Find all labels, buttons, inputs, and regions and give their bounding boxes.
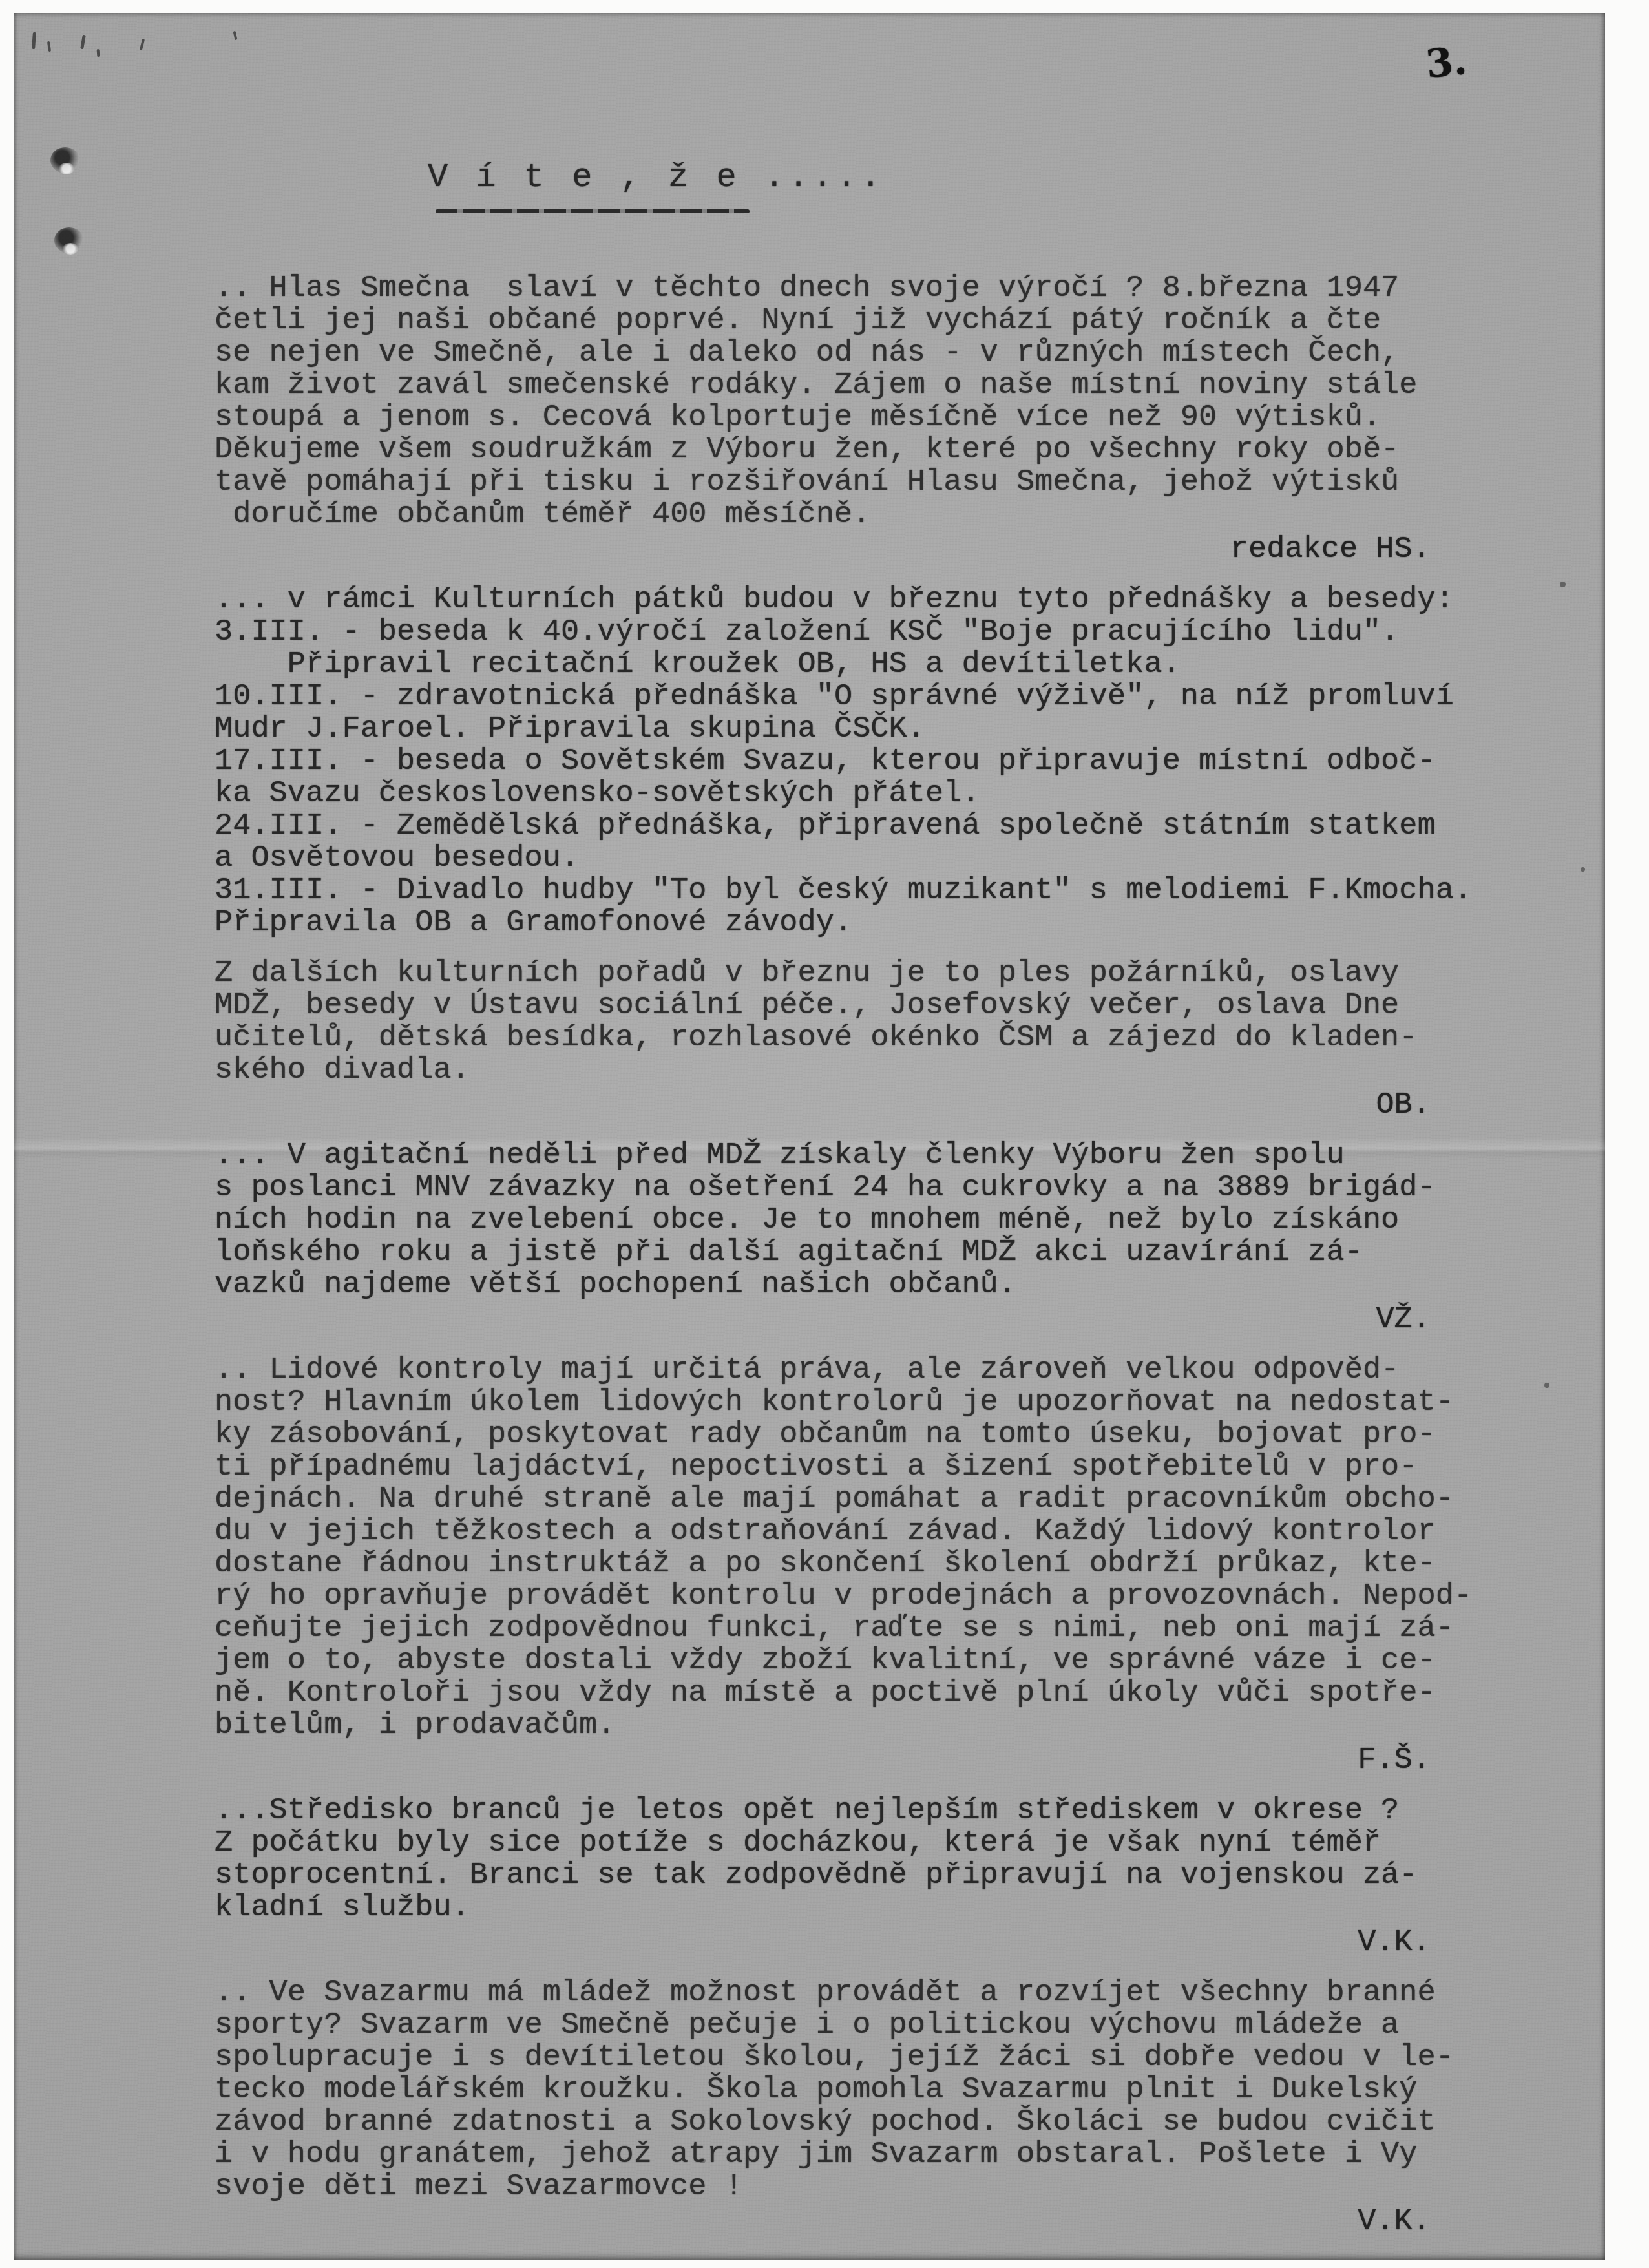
article-body: Z dalších kulturních pořadů v březnu je …: [215, 958, 1528, 1087]
article-signature: VŽ.: [215, 1304, 1528, 1336]
article-body: .. Lidové kontroly mají určitá práva, al…: [215, 1354, 1528, 1742]
article-signature: OB.: [215, 1089, 1528, 1122]
document-content: V í t e , ž e ..... .. Hlas Smečna slaví…: [14, 13, 1605, 2238]
article: .. Ve Svazarmu má mládež možnost provádě…: [215, 1977, 1528, 2238]
article: .. Lidové kontroly mají určitá práva, al…: [215, 1354, 1528, 1777]
paper-sheet: 3. V í t e , ž e ..... .. Hlas Smečna sl…: [14, 13, 1605, 2260]
page-title: V í t e , ž e .....: [428, 158, 1528, 196]
article-signature: F.Š.: [215, 1745, 1528, 1777]
article-body: .. Hlas Smečna slaví v těchto dnech svoj…: [215, 273, 1528, 531]
title-underline: [436, 209, 750, 213]
scanned-document-page: { "page": { "number": "3." }, "title": {…: [0, 0, 1649, 2268]
article-signature: V.K.: [215, 1927, 1528, 1959]
article: ... v rámci Kulturních pátků budou v bře…: [215, 584, 1528, 940]
article: Z dalších kulturních pořadů v březnu je …: [215, 958, 1528, 1122]
article: ... V agitační neděli před MDŽ získaly č…: [215, 1140, 1528, 1336]
article: .. Hlas Smečna slaví v těchto dnech svoj…: [215, 273, 1528, 566]
article-body: ... v rámci Kulturních pátků budou v bře…: [215, 584, 1528, 940]
article-body: .. Ve Svazarmu má mládež možnost provádě…: [215, 1977, 1528, 2203]
article-signature: V.K.: [215, 2206, 1528, 2238]
article: ...Středisko branců je letos opět nejlep…: [215, 1795, 1528, 1959]
article-body: ...Středisko branců je letos opět nejlep…: [215, 1795, 1528, 1924]
article-signature: redakce HS.: [215, 534, 1528, 566]
article-body: ... V agitační neděli před MDŽ získaly č…: [215, 1140, 1528, 1301]
